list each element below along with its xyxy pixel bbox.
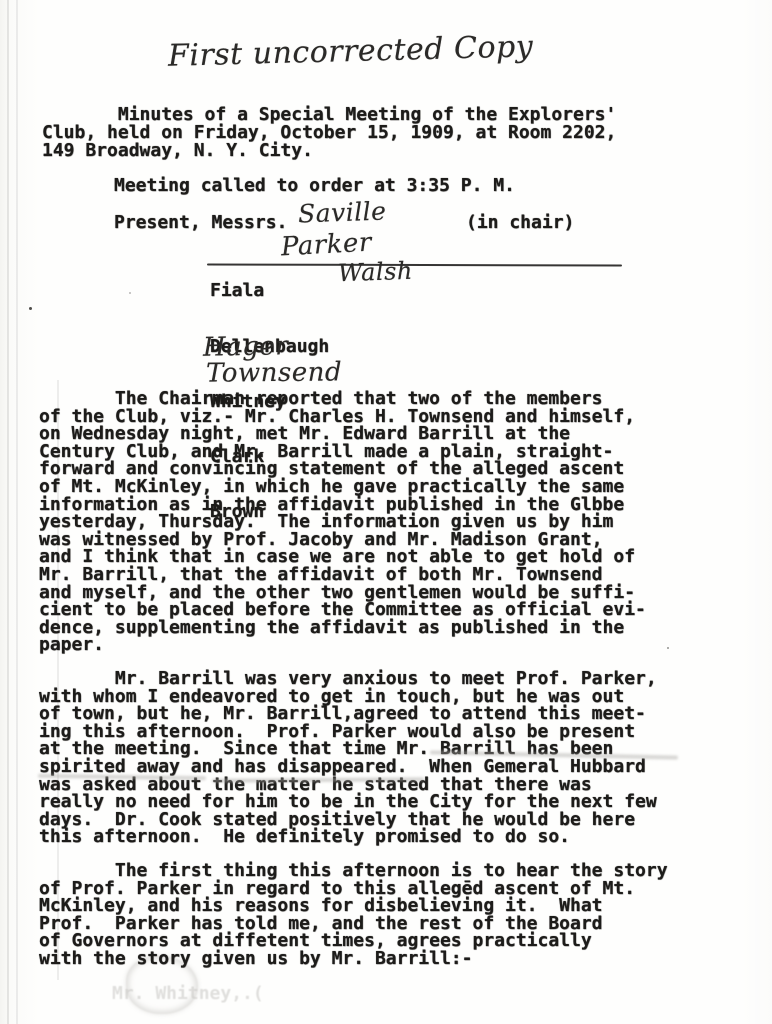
document-title: Minutes of a Special Meeting of the Expl… xyxy=(42,106,616,161)
handwritten-name-townsend: Townsend xyxy=(206,357,342,388)
called-to-order-line: Meeting called to order at 3:35 P. M. xyxy=(114,177,515,195)
handwritten-name-parker: Parker xyxy=(280,228,372,263)
ink-speck xyxy=(129,292,131,294)
paragraph-1: The Chairman reported that two of the me… xyxy=(39,390,646,654)
present-prefix: Present, Messrs. xyxy=(114,214,287,232)
chairman-name-handwritten: Saville xyxy=(298,196,387,228)
paragraph-2: Mr. Barrill was very anxious to meet Pro… xyxy=(39,670,657,846)
ghost-bleedthrough-text: Mr. Whitney,.( xyxy=(112,983,264,1004)
ink-speck xyxy=(667,647,669,649)
document-page: First uncorrected Copy Minutes of a Spec… xyxy=(0,0,772,1024)
scan-crease-left xyxy=(7,0,9,1024)
handwritten-annotation: First uncorrected Copy xyxy=(168,29,534,74)
handwritten-name-walsh: Walsh xyxy=(338,257,414,288)
paragraph-3: The first thing this afternoon is to hea… xyxy=(39,862,668,968)
in-chair-label: (in chair) xyxy=(466,214,574,232)
scan-crease-left-2 xyxy=(16,0,18,1024)
ink-speck xyxy=(29,307,32,310)
attendee-name: Fiala xyxy=(210,282,329,301)
